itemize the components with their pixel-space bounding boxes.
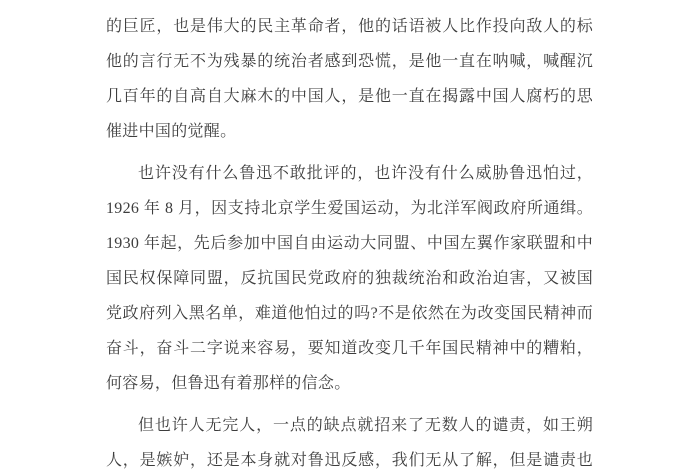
- text-line: 但也许人无完人，一点的缺点就招来了无数人的谴责，如王朔等: [106, 408, 593, 443]
- document-page: 的巨匠，也是伟大的民主革命者，他的话语被人比作投向敌人的标枪， 他的言行无不为残…: [0, 0, 700, 470]
- text-line: 的巨匠，也是伟大的民主革命者，他的话语被人比作投向敌人的标枪，: [106, 9, 593, 44]
- text-line: 党政府列入黑名单，难道他怕过的吗?不是依然在为改变国民精神而: [106, 296, 593, 331]
- text-line: 1930 年起，先后参加中国自由运动大同盟、中国左翼作家联盟和中: [106, 226, 593, 261]
- text-line: 奋斗，奋斗二字说来容易，要知道改变几千年国民精神中的糟粕，谈: [106, 331, 593, 366]
- paragraph: 也许没有什么鲁迅不敢批评的，也许没有什么威胁鲁迅怕过， 1926 年 8 月，因…: [106, 156, 593, 401]
- text-line: 也许没有什么鲁迅不敢批评的，也许没有什么威胁鲁迅怕过，: [106, 156, 593, 191]
- paragraph: 但也许人无完人，一点的缺点就招来了无数人的谴责，如王朔等 人，是嫉妒，还是本身就…: [106, 408, 593, 470]
- text-line: 催进中国的觉醒。: [106, 114, 593, 149]
- text-line: 1926 年 8 月，因支持北京学生爱国运动，为北洋军阀政府所通缉。: [106, 191, 593, 226]
- text-line: 人，是嫉妒，还是本身就对鲁迅反感，我们无从了解，但是谴责也该: [106, 443, 593, 470]
- paragraph: 的巨匠，也是伟大的民主革命者，他的话语被人比作投向敌人的标枪， 他的言行无不为残…: [106, 9, 593, 149]
- text-line: 何容易，但鲁迅有着那样的信念。: [106, 366, 593, 401]
- text-line: 几百年的自高自大麻木的中国人，是他一直在揭露中国人腐朽的思想: [106, 79, 593, 114]
- text-line: 国民权保障同盟，反抗国民党政府的独裁统治和政治迫害，又被国民: [106, 261, 593, 296]
- text-line: 他的言行无不为残暴的统治者感到恐慌，是他一直在呐喊，喊醒沉睡: [106, 44, 593, 79]
